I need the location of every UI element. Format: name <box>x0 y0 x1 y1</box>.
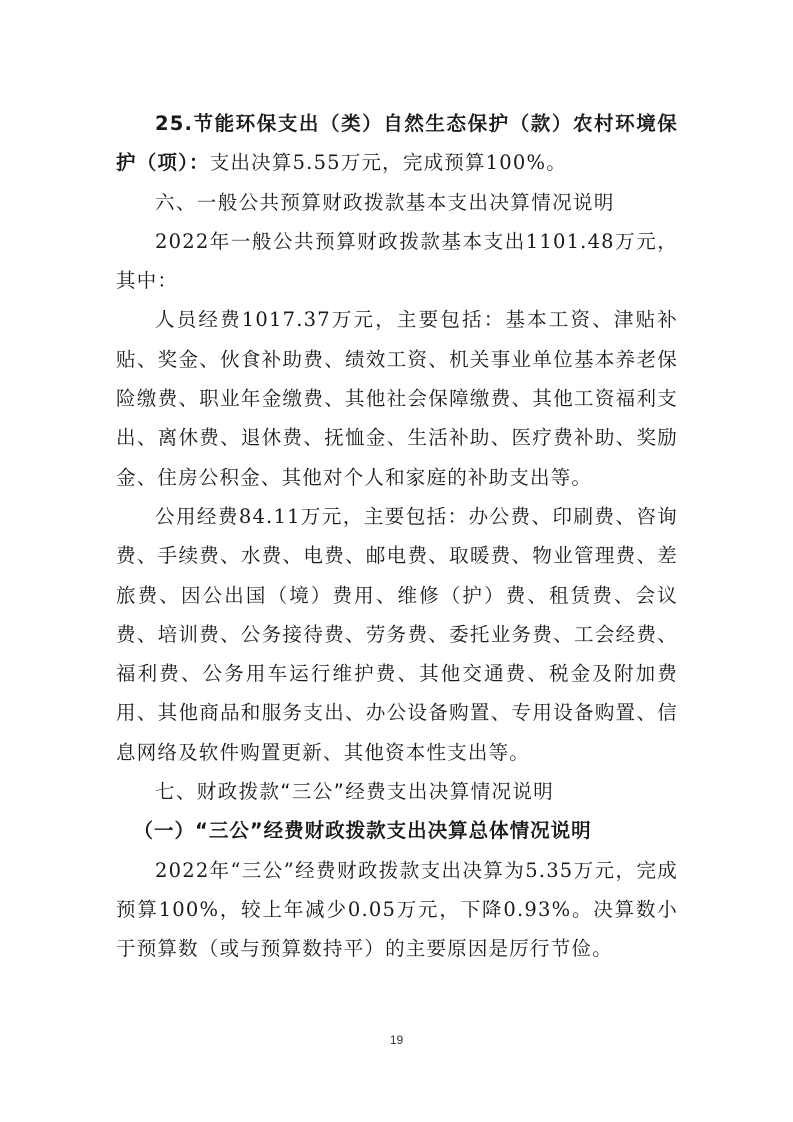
item-25-paragraph: 25.节能环保支出（类）自然生态保护（款）农村环境保护（项）：支出决算5.55万… <box>116 104 678 183</box>
section-7-subheading: （一）“三公”经费财政拨款支出决算总体情况说明 <box>116 811 678 850</box>
public-expenses-paragraph: 公用经费84.11万元，主要包括：办公费、印刷费、咨询费、手续费、水费、电费、邮… <box>116 497 678 772</box>
section-6-heading: 六、一般公共预算财政拨款基本支出决算情况说明 <box>116 183 678 222</box>
personnel-expenses-paragraph: 人员经费1017.37万元，主要包括：基本工资、津贴补贴、奖金、伙食补助费、绩效… <box>116 300 678 496</box>
section-6-intro: 2022年一般公共预算财政拨款基本支出1101.48万元，其中： <box>116 222 678 301</box>
document-page: 25.节能环保支出（类）自然生态保护（款）农村环境保护（项）：支出决算5.55万… <box>116 104 678 969</box>
page-number: 19 <box>0 1033 793 1047</box>
section-7-heading: 七、财政拨款“三公”经费支出决算情况说明 <box>116 772 678 811</box>
section-7-body: 2022年“三公”经费财政拨款支出决算为5.35万元，完成预算100%，较上年减… <box>116 851 678 969</box>
item-25-body: 支出决算5.55万元，完成预算100%。 <box>210 151 567 174</box>
